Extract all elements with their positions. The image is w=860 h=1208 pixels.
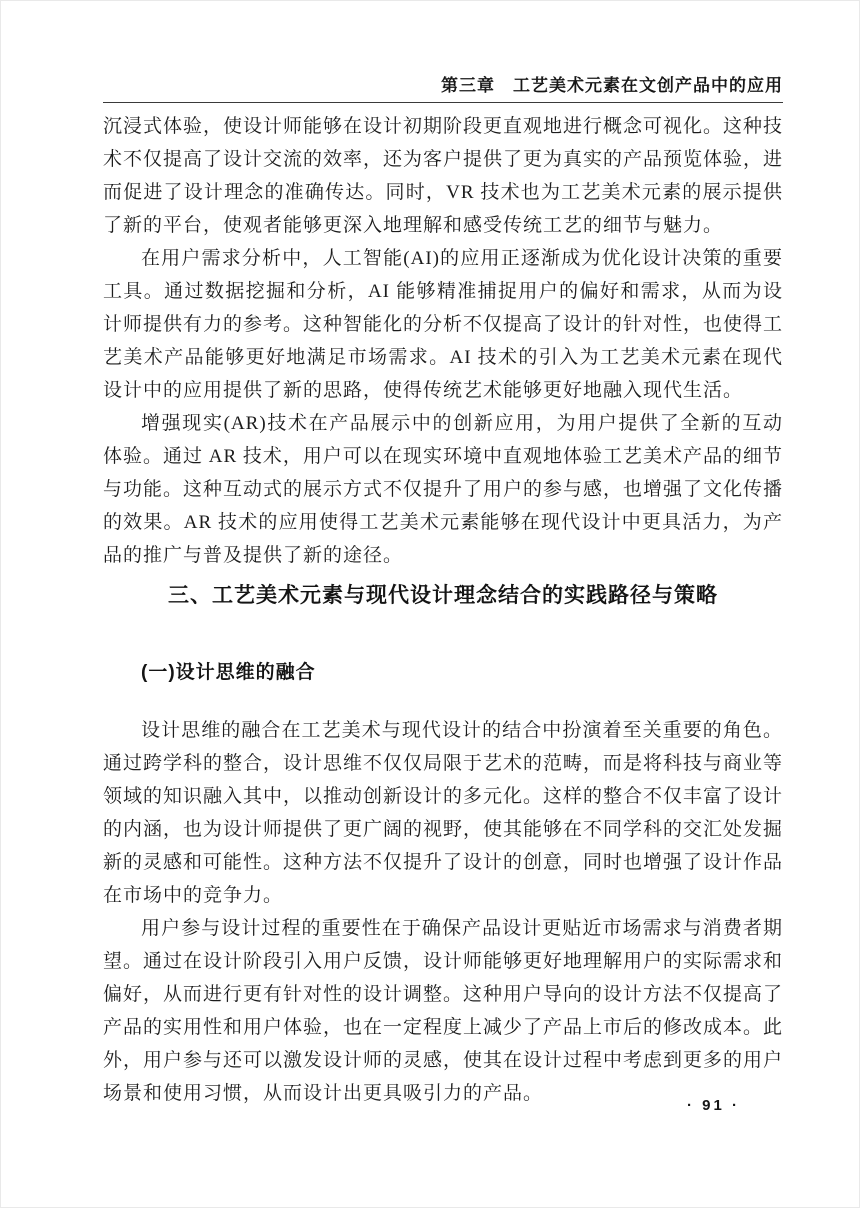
paragraph-user-participation: 用户参与设计过程的重要性在于确保产品设计更贴近市场需求与消费者期望。通过在设计阶… bbox=[103, 912, 783, 1110]
document-page: 第三章工艺美术元素在文创产品中的应用 沉浸式体验，使设计师能够在设计初期阶段更直… bbox=[0, 0, 860, 1208]
paragraph-ai: 在用户需求分析中，人工智能(AI)的应用正逐渐成为优化设计决策的重要工具。通过数… bbox=[103, 242, 783, 407]
subsection-heading: (一)设计思维的融合 bbox=[141, 662, 783, 684]
chapter-title: 工艺美术元素在文创产品中的应用 bbox=[513, 76, 783, 95]
running-header: 第三章工艺美术元素在文创产品中的应用 bbox=[103, 0, 783, 98]
paragraph-continuation: 沉浸式体验，使设计师能够在设计初期阶段更直观地进行概念可视化。这种技术不仅提高了… bbox=[103, 110, 783, 242]
header-rule bbox=[103, 102, 783, 103]
chapter-number: 第三章 bbox=[441, 76, 495, 95]
page-content: 第三章工艺美术元素在文创产品中的应用 沉浸式体验，使设计师能够在设计初期阶段更直… bbox=[103, 0, 783, 1110]
paragraph-ar: 增强现实(AR)技术在产品展示中的创新应用，为用户提供了全新的互动体验。通过 A… bbox=[103, 407, 783, 572]
page-number: · 91 · bbox=[687, 1097, 740, 1114]
section-heading: 三、工艺美术元素与现代设计理念结合的实践路径与策略 bbox=[103, 584, 783, 608]
paragraph-design-thinking: 设计思维的融合在工艺美术与现代设计的结合中扮演着至关重要的角色。通过跨学科的整合… bbox=[103, 714, 783, 912]
